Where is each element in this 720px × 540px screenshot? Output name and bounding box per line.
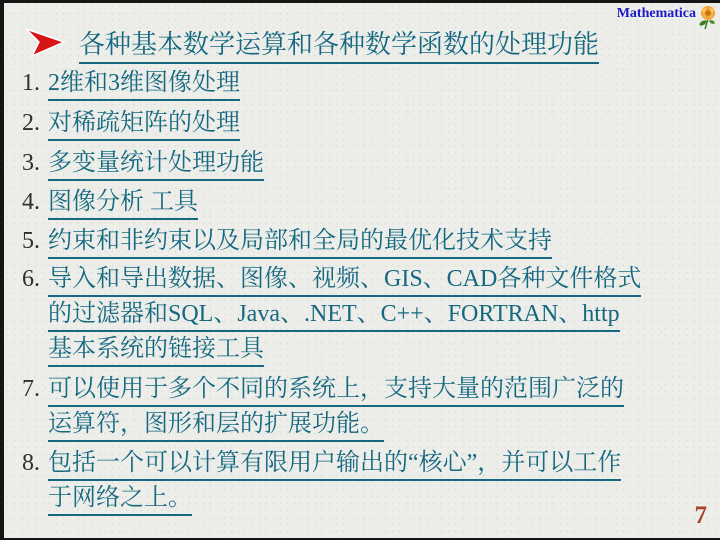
item-link[interactable]: 的过滤器和SQL、Java、.NET、C++、FORTRAN、http	[48, 301, 620, 332]
item-number: 7.	[22, 372, 46, 406]
slide-title-text[interactable]: 各种基本数学运算和各种数学函数的处理功能	[79, 30, 599, 64]
item-number: 6.	[22, 262, 46, 296]
item-link[interactable]: 约束和非约束以及局部和全局的最优化技术支持	[48, 228, 552, 259]
list-item-2: 2. 对稀疏矩阵的处理	[22, 106, 240, 141]
item-link[interactable]: 于网络之上。	[48, 485, 192, 516]
item-link[interactable]: 导入和导出数据、图像、视频、GIS、CAD各种文件格式	[48, 266, 641, 297]
item-link[interactable]: 多变量统计处理功能	[48, 150, 264, 181]
item-link[interactable]: 包括一个可以计算有限用户输出的“核心”，并可以工作	[48, 450, 621, 481]
arrow-bullet-icon	[24, 25, 68, 66]
list-item-1: 1. 2维和3维图像处理	[22, 66, 240, 101]
list-item-4: 4. 图像分析 工具	[22, 185, 198, 220]
item-number: 4.	[22, 185, 46, 219]
list-item-3: 3. 多变量统计处理功能	[22, 146, 264, 181]
item-link[interactable]: 2维和3维图像处理	[48, 70, 240, 101]
item-link[interactable]: 可以使用于多个不同的系统上，支持大量的范围广泛的	[48, 376, 624, 407]
item-number: 3.	[22, 146, 46, 180]
item-link[interactable]: 对稀疏矩阵的处理	[48, 110, 240, 141]
page-number: 7	[695, 502, 708, 530]
item-number: 1.	[22, 66, 46, 100]
slide: Mathematica 各种基本数学运算和各种数学函数的处理功能 1. 2维和3…	[0, 0, 720, 540]
item-link[interactable]: 图像分析 工具	[48, 189, 198, 220]
slide-title[interactable]: 各种基本数学运算和各种数学函数的处理功能	[79, 28, 599, 62]
flower-icon	[698, 5, 718, 36]
item-link[interactable]: 运算符，图形和层的扩展功能。	[48, 411, 384, 442]
list-item-6: 6. 导入和导出数据、图像、视频、GIS、CAD各种文件格式 的过滤器和SQL、…	[22, 262, 641, 367]
list-item-5: 5. 约束和非约束以及局部和全局的最优化技术支持	[22, 224, 552, 259]
item-link[interactable]: 基本系统的链接工具	[48, 336, 264, 367]
mathematica-logo-text: Mathematica	[617, 6, 696, 22]
list-item-8: 8. 包括一个可以计算有限用户输出的“核心”，并可以工作 于网络之上。	[22, 446, 621, 516]
list-item-7: 7. 可以使用于多个不同的系统上，支持大量的范围广泛的 运算符，图形和层的扩展功…	[22, 372, 624, 442]
item-number: 8.	[22, 446, 46, 480]
item-number: 2.	[22, 106, 46, 140]
item-number: 5.	[22, 224, 46, 258]
